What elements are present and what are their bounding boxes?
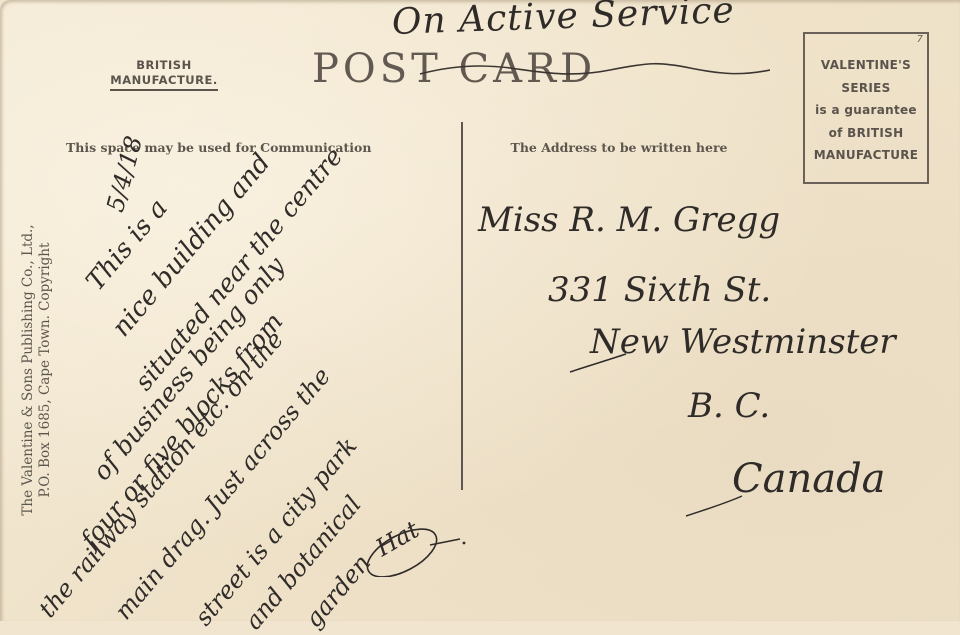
center-divider xyxy=(461,122,463,490)
publisher-line1: The Valentine & Sons Publishing Co., Ltd… xyxy=(20,160,37,580)
address-city: New Westminster xyxy=(590,322,896,362)
stamp-box-line: of BRITISH xyxy=(805,122,927,145)
publisher-line2: P.O. Box 1685, Cape Town. Copyright xyxy=(37,160,54,580)
british-manufacture-line2: MANUFACTURE. xyxy=(110,73,217,91)
stamp-box-line: VALENTINE'S xyxy=(805,54,927,77)
address-flourish xyxy=(568,346,628,376)
address-street: 331 Sixth St. xyxy=(548,270,771,310)
address-flourish xyxy=(684,488,744,518)
stamp-box-line: is a guarantee xyxy=(805,99,927,122)
address-name: Miss R. M. Gregg xyxy=(478,200,780,240)
postcard-back: BRITISH MANUFACTURE. POST CARD On Active… xyxy=(0,0,960,621)
british-manufacture-label: BRITISH MANUFACTURE. xyxy=(88,58,240,91)
address-province: B. C. xyxy=(688,386,770,426)
stamp-box: 7 VALENTINE'S SERIES is a guarantee of B… xyxy=(803,32,929,184)
stamp-box-line: SERIES xyxy=(805,77,927,100)
address-country: Canada xyxy=(732,456,886,502)
address-label: The Address to be written here xyxy=(505,139,733,156)
stamp-box-number: 7 xyxy=(917,34,923,45)
publisher-imprint: The Valentine & Sons Publishing Co., Ltd… xyxy=(20,160,54,580)
on-active-service-note: On Active Service xyxy=(391,0,735,43)
strike-through-line xyxy=(420,56,770,86)
stamp-box-line: MANUFACTURE xyxy=(805,144,927,167)
british-manufacture-line1: BRITISH xyxy=(88,58,240,73)
